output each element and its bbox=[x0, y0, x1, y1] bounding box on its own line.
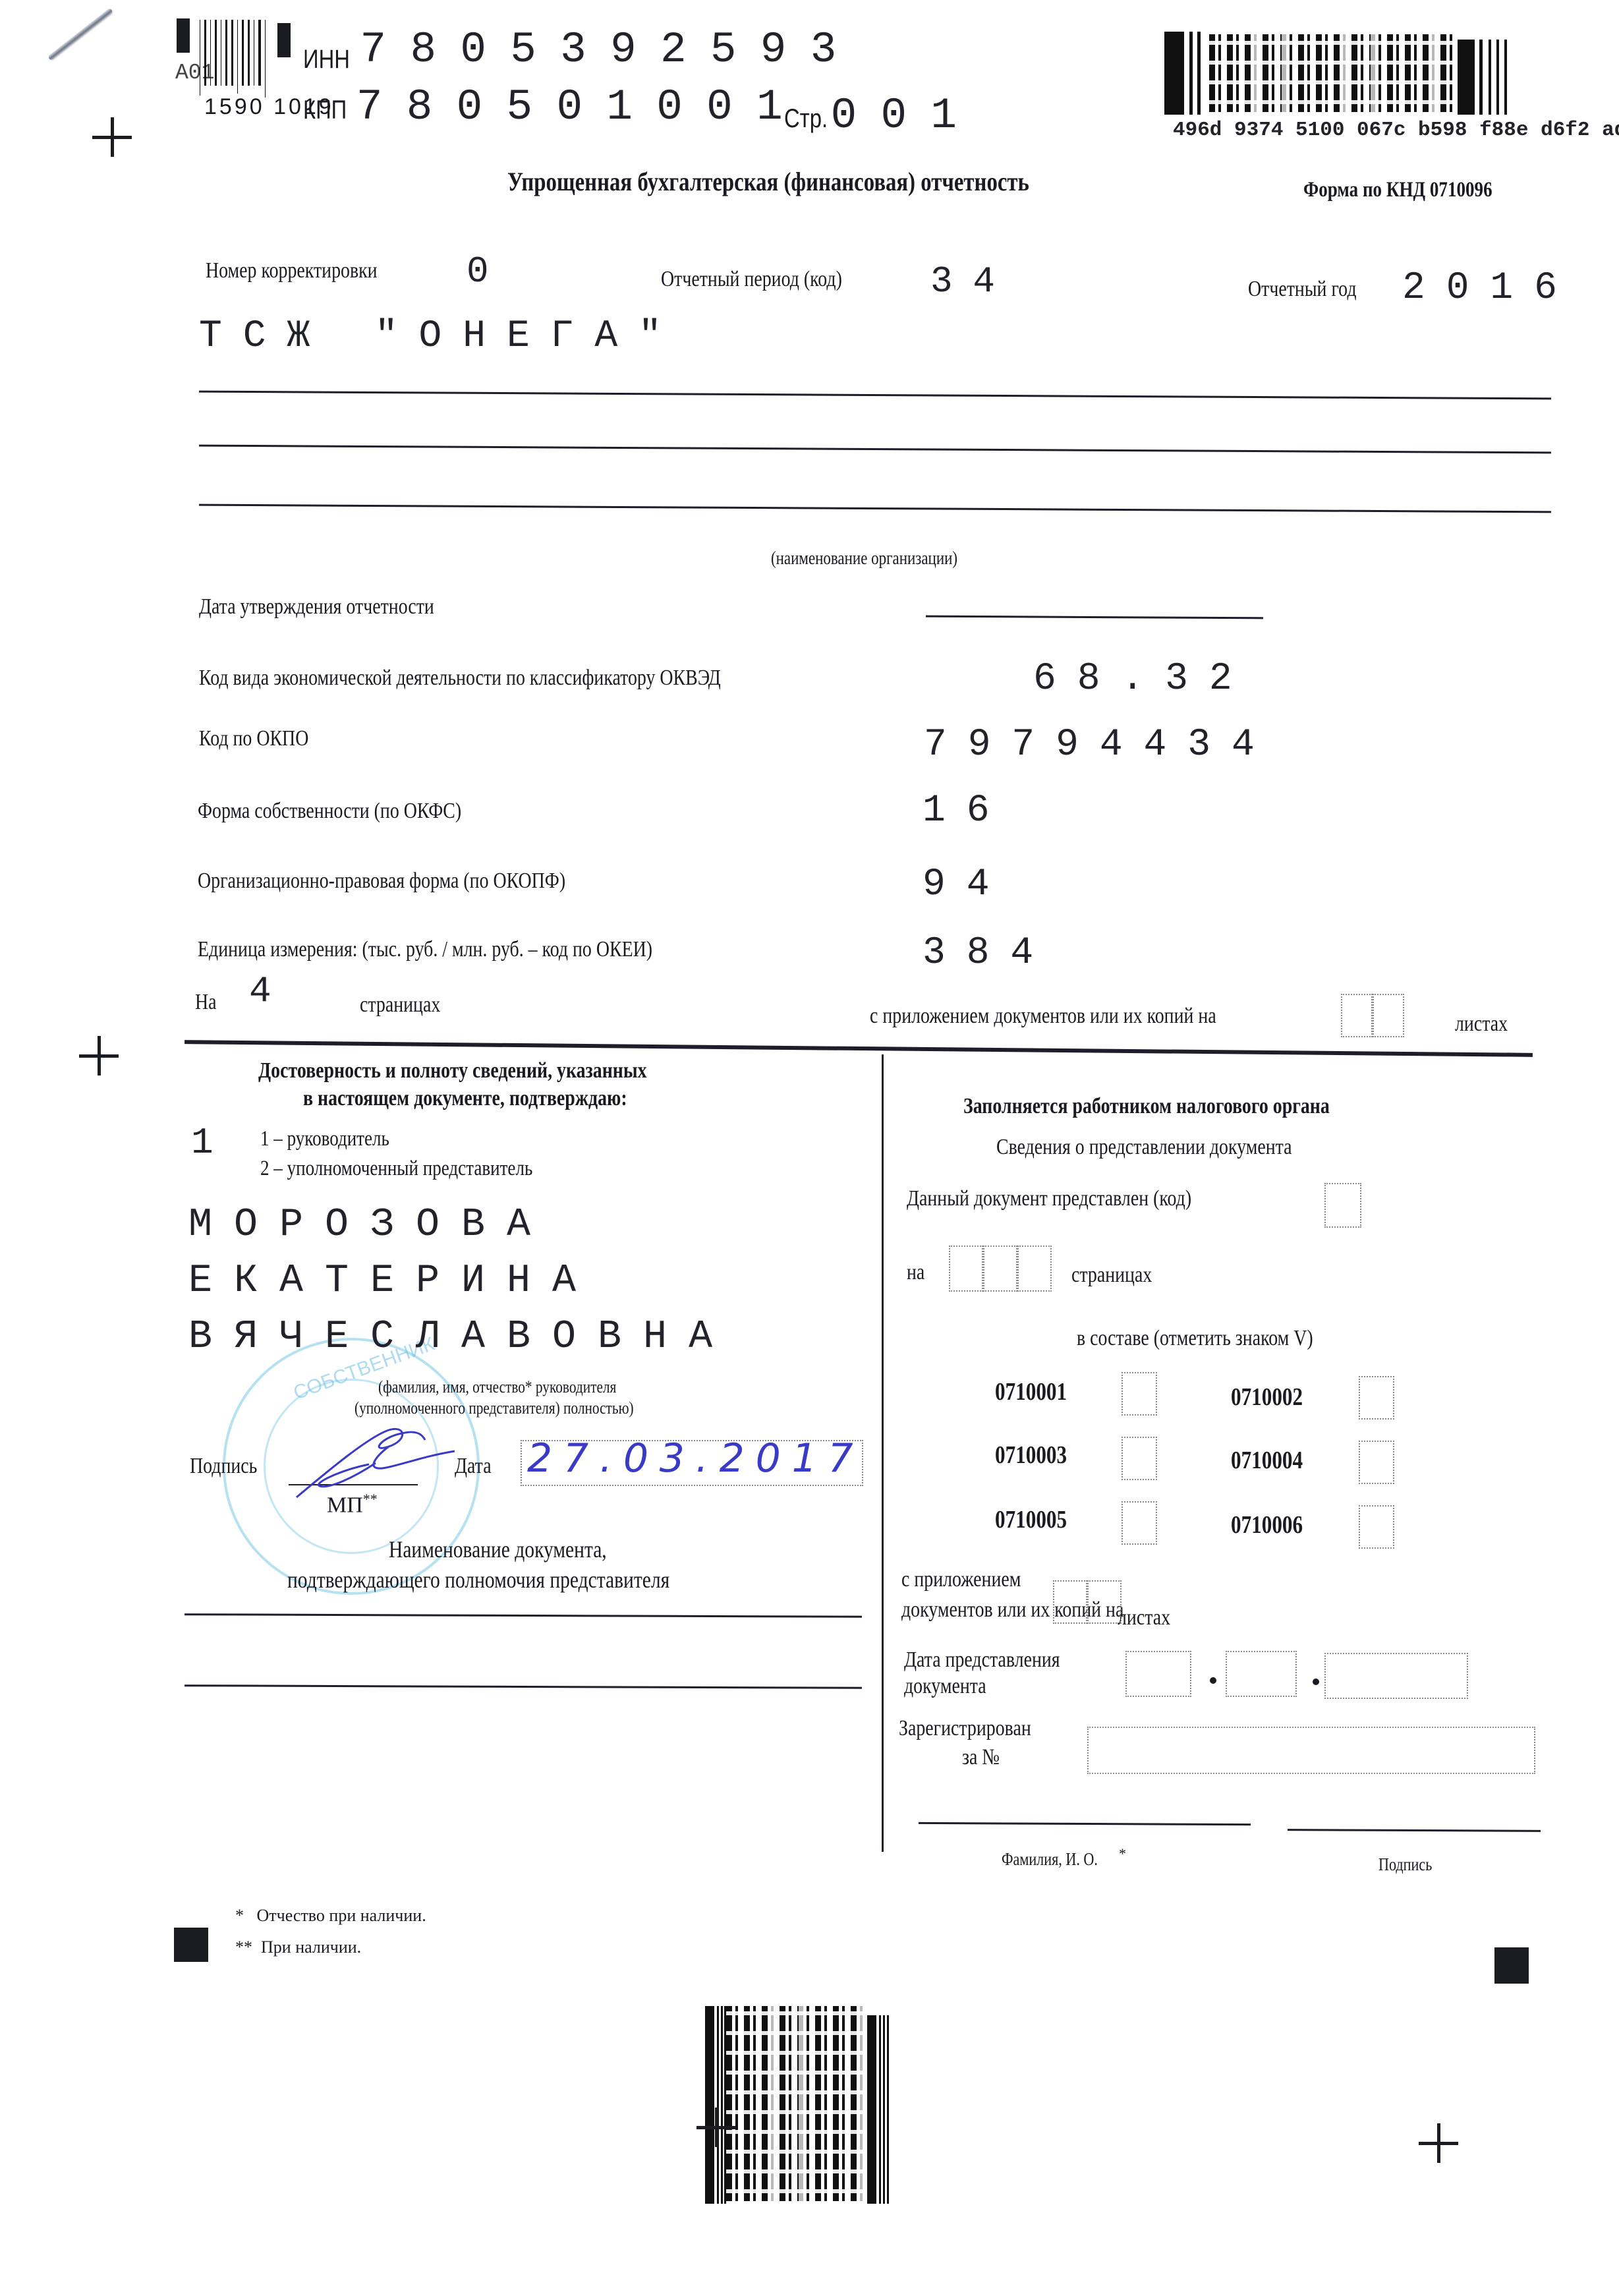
confirmation-heading-1: Достоверность и полноту сведений, указан… bbox=[258, 1058, 732, 1083]
inn-value: 7805392593 bbox=[360, 25, 861, 74]
okfs-value: 16 bbox=[923, 789, 1010, 832]
section-divider bbox=[185, 1040, 1533, 1057]
approval-date-label: Дата утверждения отчетности bbox=[199, 594, 486, 619]
okopf-label: Организационно-правовая форма (по ОКОПФ) bbox=[198, 869, 646, 894]
registration-cross-icon bbox=[1419, 2123, 1458, 2163]
page-label: Стр. bbox=[784, 104, 828, 134]
submission-date-label-2: документа bbox=[904, 1674, 1004, 1699]
submitted-code-box[interactable] bbox=[1324, 1183, 1361, 1228]
linear-barcode bbox=[200, 20, 270, 98]
tax-office-subheading: Сведения о представлении документа bbox=[996, 1135, 1357, 1160]
pdf417-barcode-bottom bbox=[705, 2006, 890, 2204]
signer-name-caption-1: (фамилия, имя, отчество* руководителя bbox=[378, 1377, 669, 1397]
tax-office-heading: Заполняется работником налогового органа bbox=[963, 1094, 1410, 1119]
inn-label: ИНН bbox=[303, 45, 350, 74]
alignment-marker bbox=[1494, 1947, 1529, 1984]
form-0710004: 0710004 bbox=[1231, 1446, 1319, 1475]
pages-label: страницах bbox=[360, 992, 458, 1018]
date-separator-dot bbox=[1210, 1677, 1216, 1684]
signature-label: Подпись bbox=[190, 1454, 272, 1479]
tp-pages-box-2[interactable] bbox=[983, 1246, 1017, 1292]
attachments-label: с приложением документов или их копий на bbox=[870, 1004, 1292, 1029]
staple-mark bbox=[47, 8, 113, 61]
signer-name-caption-2: (уполномоченного представителя) полность… bbox=[355, 1398, 695, 1418]
confirmation-heading-2: в настоящем документе, подтверждаю: bbox=[303, 1086, 698, 1111]
form-title: Упрощенная бухгалтерская (финансовая) от… bbox=[507, 166, 1144, 197]
date-separator-dot bbox=[1313, 1679, 1319, 1685]
handwritten-signature bbox=[290, 1417, 461, 1503]
kpp-field: КПП 780501001 bbox=[303, 82, 807, 132]
form-0710003: 0710003 bbox=[995, 1441, 1083, 1470]
form-0710003-checkbox[interactable] bbox=[1122, 1437, 1157, 1480]
tp-attach-box-1[interactable] bbox=[1053, 1580, 1087, 1624]
date-label: Дата bbox=[455, 1454, 499, 1479]
kpp-label: КПП bbox=[303, 96, 347, 125]
approval-date-line bbox=[926, 616, 1263, 619]
form-0710005: 0710005 bbox=[995, 1505, 1083, 1534]
fio-line bbox=[919, 1822, 1251, 1825]
authority-doc-label-1: Наименование документа, bbox=[389, 1535, 654, 1563]
authority-doc-line bbox=[185, 1684, 862, 1689]
period-value: 34 bbox=[930, 260, 1015, 302]
org-name-line bbox=[199, 391, 1551, 400]
okei-label: Единица измерения: (тыс. руб. / млн. руб… bbox=[198, 937, 752, 962]
okpo-label: Код по ОКПО bbox=[199, 726, 333, 751]
signer-type-value: 1 bbox=[191, 1122, 213, 1164]
inn-field: ИНН 7805392593 bbox=[303, 25, 861, 74]
pages-on-label: На bbox=[195, 990, 221, 1015]
kpp-value: 780501001 bbox=[356, 82, 807, 132]
submission-date-label-1: Дата представления bbox=[904, 1648, 1094, 1673]
registration-cross-icon bbox=[696, 2108, 736, 2147]
alignment-marker bbox=[277, 23, 291, 57]
signer-option-1: 1 – руководитель bbox=[260, 1127, 418, 1151]
submission-day-box[interactable] bbox=[1125, 1651, 1191, 1697]
correction-value: 0 bbox=[467, 250, 489, 293]
knd-form-code: Форма по КНД 0710096 bbox=[1303, 178, 1534, 202]
seal-label: МП** bbox=[327, 1491, 378, 1518]
registered-label-1: Зарегистрирован bbox=[899, 1716, 1060, 1741]
signer-patronymic: ВЯЧЕСЛАВОВНА bbox=[188, 1315, 734, 1360]
tp-attach-label-1: с приложением bbox=[901, 1567, 1047, 1592]
tp-pages-box-3[interactable] bbox=[1017, 1246, 1052, 1292]
form-0710002-checkbox[interactable] bbox=[1359, 1376, 1394, 1420]
registration-number-boxes[interactable] bbox=[1087, 1727, 1535, 1774]
footnote-2: ** При наличии. bbox=[235, 1937, 361, 1957]
okopf-value: 94 bbox=[923, 863, 1010, 906]
form-0710002: 0710002 bbox=[1231, 1383, 1319, 1412]
barcode-hex-code: 496d 9374 5100 067c b598 f88e d6f2 ad69 bbox=[1173, 119, 1619, 142]
alignment-marker bbox=[174, 1928, 208, 1962]
attachments-box-2[interactable] bbox=[1373, 994, 1404, 1037]
submission-year-box[interactable] bbox=[1324, 1653, 1468, 1699]
okved-value: 68.32 bbox=[1033, 658, 1253, 701]
form-0710005-checkbox[interactable] bbox=[1122, 1501, 1157, 1545]
form-0710001-checkbox[interactable] bbox=[1122, 1372, 1157, 1416]
okfs-label: Форма собственности (по ОКФС) bbox=[198, 799, 519, 824]
authority-doc-label-2: подтверждающего полномочия представителя bbox=[287, 1566, 754, 1593]
year-value: 2016 bbox=[1402, 267, 1578, 310]
form-0710004-checkbox[interactable] bbox=[1359, 1441, 1394, 1484]
okei-value: 384 bbox=[923, 932, 1054, 975]
barcode-number: 1590 1019 bbox=[204, 94, 270, 120]
form-0710006-checkbox[interactable] bbox=[1359, 1505, 1394, 1549]
fio-label: Фамилия, И. О.* bbox=[1002, 1845, 1126, 1870]
org-name-caption: (наименование организации) bbox=[771, 548, 998, 569]
org-name-line bbox=[199, 445, 1551, 454]
tp-on-label: на bbox=[907, 1260, 928, 1285]
pages-count: 4 bbox=[249, 970, 271, 1012]
registered-label-2: за № bbox=[962, 1745, 1008, 1770]
organization-name: ТСЖ "ОНЕГА" bbox=[199, 315, 683, 358]
signer-first-name: ЕКАТЕРИНА bbox=[188, 1259, 598, 1304]
tp-pages-label: страницах bbox=[1071, 1263, 1170, 1288]
handwritten-date: 27.03.2017 bbox=[527, 1435, 865, 1481]
submission-month-box[interactable] bbox=[1226, 1651, 1297, 1697]
tp-signature-line bbox=[1288, 1829, 1541, 1832]
sheets-label: листах bbox=[1455, 1012, 1520, 1037]
tp-sheets-label: листах bbox=[1118, 1605, 1182, 1630]
footnote-1: * Отчество при наличии. bbox=[235, 1906, 426, 1926]
form-0710001: 0710001 bbox=[995, 1377, 1083, 1406]
period-label: Отчетный период (код) bbox=[661, 267, 882, 292]
correction-label: Номер корректировки bbox=[206, 258, 415, 283]
tp-attach-box-2[interactable] bbox=[1087, 1580, 1122, 1624]
signer-option-2: 2 – уполномоченный представитель bbox=[260, 1157, 592, 1181]
tp-pages-box-1[interactable] bbox=[949, 1246, 983, 1292]
alignment-marker bbox=[177, 18, 190, 53]
page-number-field: Стр. 001 bbox=[784, 91, 980, 140]
page-value: 001 bbox=[831, 91, 981, 140]
okpo-value: 79794434 bbox=[924, 724, 1276, 766]
registration-cross-icon bbox=[79, 1036, 119, 1076]
registration-cross-icon bbox=[92, 117, 132, 157]
attachments-box-1[interactable] bbox=[1341, 994, 1373, 1037]
composition-label: в составе (отметить знаком V) bbox=[1077, 1326, 1365, 1351]
org-name-line bbox=[199, 504, 1551, 513]
tp-signature-label: Подпись bbox=[1378, 1854, 1444, 1875]
form-0710006: 0710006 bbox=[1231, 1510, 1319, 1539]
okved-label: Код вида экономической деятельности по к… bbox=[199, 666, 836, 691]
year-label: Отчетный год bbox=[1248, 277, 1380, 302]
column-divider bbox=[882, 1054, 884, 1852]
pdf417-barcode-top bbox=[1164, 32, 1514, 115]
authority-doc-line bbox=[185, 1613, 862, 1618]
submitted-code-label: Данный документ представлен (код) bbox=[907, 1186, 1254, 1211]
signer-surname: МОРОЗОВА bbox=[188, 1203, 552, 1248]
